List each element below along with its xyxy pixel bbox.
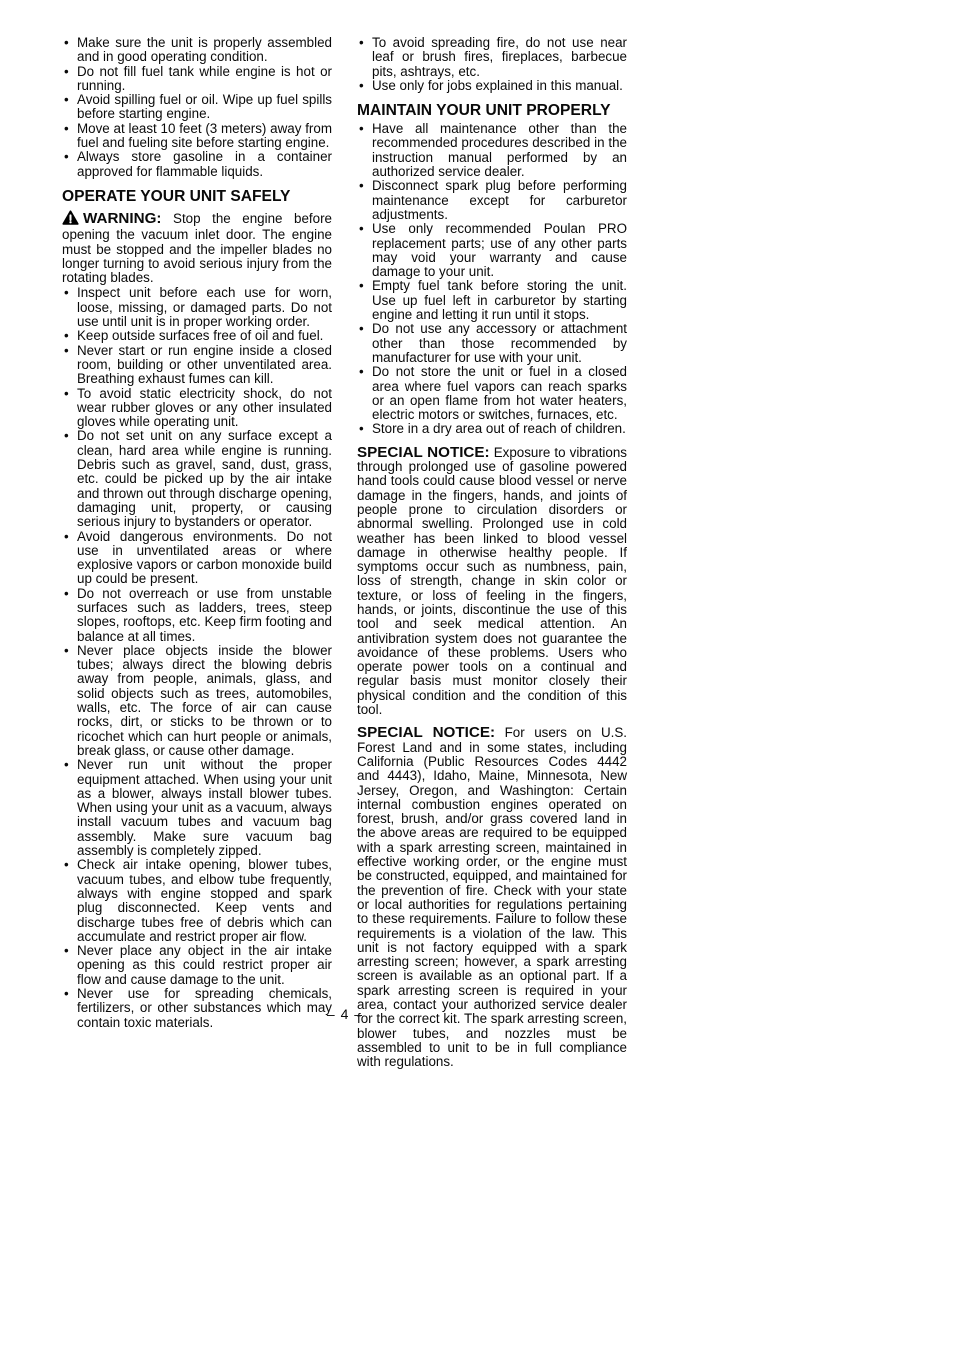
content-columns: Make sure the unit is properly assembled… <box>62 36 628 1069</box>
operate-bullet-list: Inspect unit before each use for worn, l… <box>62 286 332 1029</box>
list-item: Always store gasoline in a container app… <box>62 150 332 179</box>
list-item: To avoid static electricity shock, do no… <box>62 387 332 430</box>
list-item: Use only for jobs explained in this manu… <box>357 79 627 93</box>
right-column: To avoid spreading fire, do not use near… <box>357 36 627 1069</box>
section-heading-maintain: MAINTAIN YOUR UNIT PROPERLY <box>357 102 627 119</box>
list-item: Empty fuel tank before storing the unit.… <box>357 279 627 322</box>
list-item: Do not overreach or use from unstable su… <box>62 587 332 644</box>
list-item: Never run unit without the proper equipm… <box>62 758 332 858</box>
warning-paragraph: WARNING: Stop the engine before opening … <box>62 210 332 285</box>
list-item: Never start or run engine inside a close… <box>62 344 332 387</box>
list-item: Store in a dry area out of reach of chil… <box>357 422 627 436</box>
intro-bullet-list: Make sure the unit is properly assembled… <box>62 36 332 179</box>
list-item: Avoid dangerous environments. Do not use… <box>62 530 332 587</box>
maintain-bullet-list: Have all maintenance other than the reco… <box>357 122 627 437</box>
special-notice-vibration: SPECIAL NOTICE: Exposure to vibrations t… <box>357 446 627 718</box>
list-item: Check air intake opening, blower tubes, … <box>62 858 332 944</box>
list-item: Do not fill fuel tank while engine is ho… <box>62 65 332 94</box>
list-item: Do not store the unit or fuel in a close… <box>357 365 627 422</box>
list-item: Have all maintenance other than the reco… <box>357 122 627 179</box>
list-item: To avoid spreading fire, do not use near… <box>357 36 627 79</box>
warning-label: WARNING: <box>83 210 161 227</box>
page-number: – 4 – <box>62 1007 628 1021</box>
list-item: Never place any object in the air intake… <box>62 944 332 987</box>
list-item: Move at least 10 feet (3 meters) away fr… <box>62 122 332 151</box>
special-notice-text: Exposure to vibrations through prolonged… <box>357 445 627 717</box>
left-column: Make sure the unit is properly assembled… <box>62 36 332 1069</box>
warning-triangle-icon <box>62 210 79 228</box>
list-item: Do not use any accessory or attachment o… <box>357 322 627 365</box>
manual-page: Make sure the unit is properly assembled… <box>0 0 954 1348</box>
list-item: Use only recommended Poulan PRO replacem… <box>357 222 627 279</box>
top-bullet-list: To avoid spreading fire, do not use near… <box>357 36 627 93</box>
list-item: Never place objects inside the blower tu… <box>62 644 332 758</box>
list-item: Do not set unit on any surface except a … <box>62 429 332 529</box>
list-item: Avoid spilling fuel or oil. Wipe up fuel… <box>62 93 332 122</box>
section-heading-operate: OPERATE YOUR UNIT SAFELY <box>62 188 332 205</box>
list-item: Make sure the unit is properly assembled… <box>62 36 332 65</box>
list-item: Disconnect spark plug before performing … <box>357 179 627 222</box>
list-item: Keep outside surfaces free of oil and fu… <box>62 329 332 343</box>
list-item: Inspect unit before each use for worn, l… <box>62 286 332 329</box>
